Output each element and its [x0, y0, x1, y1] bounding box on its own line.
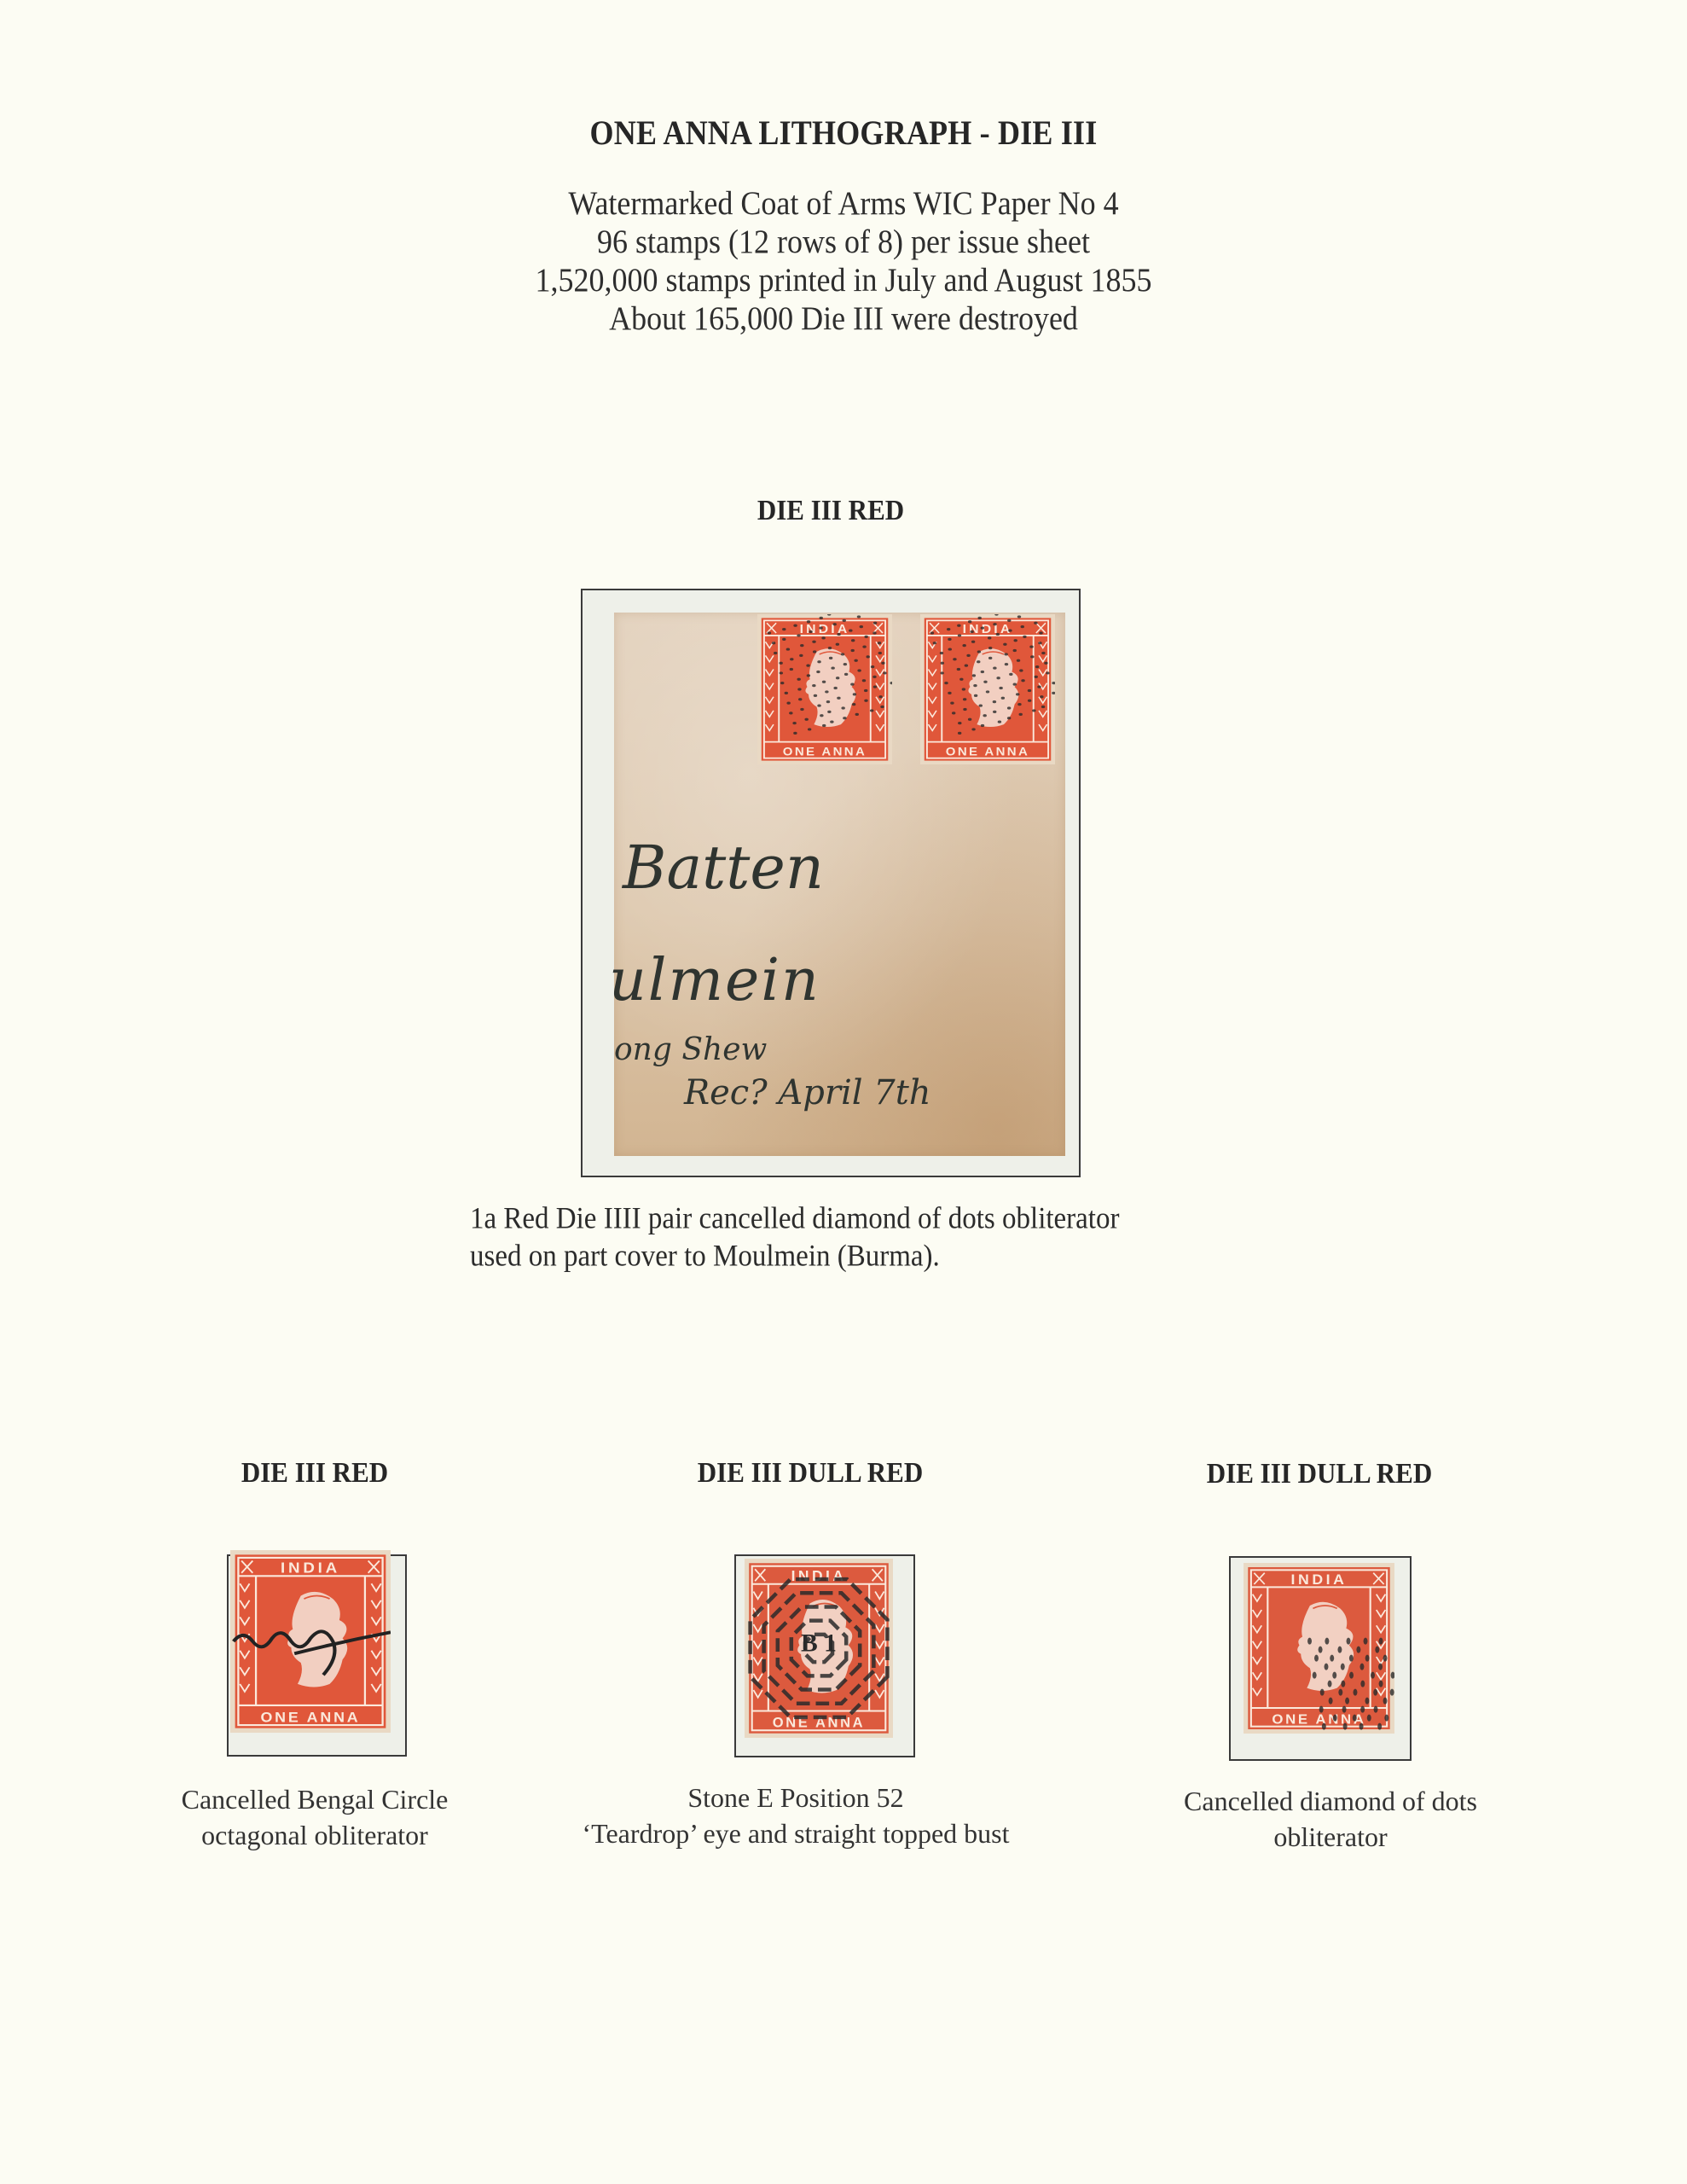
caption-line: Cancelled Bengal Circle	[182, 1781, 449, 1817]
svg-text:ONE ANNA: ONE ANNA	[260, 1709, 360, 1725]
cover-handwriting-line3: ong Shew	[614, 1032, 767, 1067]
intro-line: 1,520,000 stamps printed in July and Aug…	[0, 259, 1687, 302]
svg-text:INDIA: INDIA	[1291, 1571, 1348, 1587]
intro-line: 96 stamps (12 rows of 8) per issue sheet	[0, 221, 1687, 264]
caption-line: ‘Teardrop’ eye and straight topped bust	[583, 1815, 1010, 1851]
item-caption: Cancelled Bengal Circle octagonal oblite…	[182, 1781, 449, 1853]
stamp-cover-right: INDIA ONE ANNA	[920, 614, 1055, 764]
stamp-item-1: INDIA ONE ANNA	[230, 1550, 391, 1733]
svg-text:INDIA: INDIA	[791, 1567, 847, 1584]
caption-line: 1a Red Die IIII pair cancelled diamond o…	[470, 1199, 1119, 1240]
stamp-item-3: INDIA ONE ANNA	[1244, 1563, 1394, 1734]
stamp-image-icon: INDIA ONE ANNA	[230, 1550, 391, 1733]
main-heading: DIE III RED	[757, 493, 904, 527]
svg-text:INDIA: INDIA	[281, 1559, 340, 1576]
stamp-image-icon: INDIA ONE ANNA B 1	[745, 1559, 893, 1738]
stamp-item-2: INDIA ONE ANNA B 1	[745, 1559, 893, 1738]
svg-text:INDIA: INDIA	[800, 622, 850, 636]
caption-line: Cancelled diamond of dots	[1184, 1783, 1477, 1819]
caption-line: octagonal obliterator	[182, 1817, 449, 1853]
main-caption: 1a Red Die IIII pair cancelled diamond o…	[470, 1199, 1119, 1274]
caption-line: obliterator	[1184, 1819, 1477, 1855]
intro-text: Watermarked Coat of Arms WIC Paper No 4 …	[0, 184, 1687, 338]
stamp-image-icon: INDIA ONE ANNA	[1244, 1563, 1394, 1734]
item-caption: Cancelled diamond of dots obliterator	[1184, 1783, 1477, 1855]
caption-line: used on part cover to Moulmein (Burma).	[470, 1236, 1119, 1277]
svg-text:ONE ANNA: ONE ANNA	[783, 746, 867, 758]
svg-text:B 1: B 1	[801, 1629, 837, 1657]
svg-text:ONE ANNA: ONE ANNA	[946, 746, 1029, 758]
cover-handwriting-addressee: Batten	[623, 833, 824, 903]
intro-line: Watermarked Coat of Arms WIC Paper No 4	[0, 183, 1687, 225]
svg-text:INDIA: INDIA	[963, 622, 1013, 636]
intro-line: About 165,000 Die III were destroyed	[0, 298, 1687, 340]
cover-handwriting-received: Rec? April 7th	[684, 1073, 931, 1112]
svg-text:ONE ANNA: ONE ANNA	[1272, 1712, 1365, 1727]
item-heading: DIE III RED	[241, 1455, 388, 1490]
stamp-image-icon: INDIA ONE ANNA	[757, 614, 892, 764]
item-caption: Stone E Position 52 ‘Teardrop’ eye and s…	[583, 1780, 1010, 1851]
item-heading: DIE III DULL RED	[1207, 1456, 1432, 1490]
caption-line: Stone E Position 52	[583, 1780, 1010, 1815]
cover-handwriting-town: ulmein	[609, 947, 820, 1014]
page-title: ONE ANNA LITHOGRAPH - DIE III	[0, 113, 1687, 153]
stamp-cover-left: INDIA ONE ANNA	[757, 614, 892, 764]
stamp-image-icon: INDIA ONE ANNA	[920, 614, 1055, 764]
item-heading: DIE III DULL RED	[698, 1455, 923, 1490]
